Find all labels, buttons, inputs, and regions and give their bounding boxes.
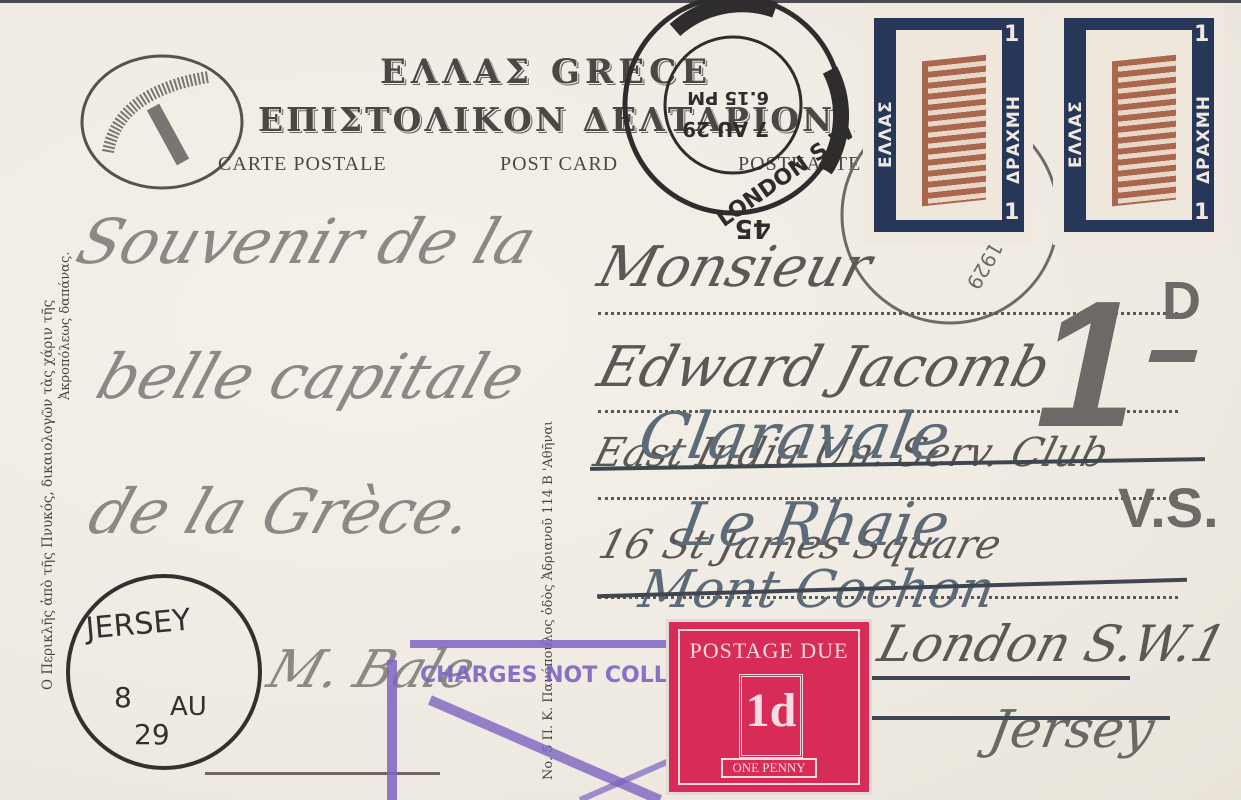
temple-icon [922,55,986,207]
postage-due-stamp: POSTAGE DUE 1d ONE PENNY [669,622,869,792]
stamp-unit: ΔΡΑΧΜΗ [1004,95,1024,184]
forwarding-line-4: Jersey [985,700,1159,760]
postcard: ΕΛΛΑΣ GRECE ΕΠΙΣΤΟΛΙΚΟΝ ΔΕΛΤΑΡΙΟΝ CARTE … [0,0,1241,800]
jersey-day: 8 [114,681,132,714]
postage-due-value: 1d [742,683,800,738]
london-postmark-time: 6.15 PM [687,87,769,108]
due-mark-d: D [1162,270,1201,332]
stamp-unit: ΔΡΑΧΜΗ [1194,95,1214,184]
greek-stamp-2: ΕΛΛΑΣ ΔΡΑΧΜΗ 1 1 [1056,6,1220,242]
greek-cancel-year: 1929 [962,238,1008,294]
label-carte-postale: CARTE POSTALE [218,153,387,176]
address-line-1: Monsieur [591,235,878,300]
message-line-3: de la Grèce. [80,475,483,548]
london-postmark-date: 7 AU 29 [682,117,769,141]
stamp-country: ΕΛΛΑΣ [1066,100,1086,168]
postage-due-title: POSTAGE DUE [669,638,869,664]
stamp-value: 1 [1194,200,1209,225]
message-line-1: Souvenir de la [68,205,545,278]
strike-line [870,716,1170,720]
jersey-year: 29 [134,718,170,751]
stamp-value: 1 [1004,22,1019,47]
greek-stamp-1: ΕΛΛΑΣ ΔΡΑΧΜΗ 1 1 [866,6,1030,242]
london-postmark-icon: 45 7 AU 29 6.15 PM LONDON S.W.1 [615,0,855,240]
message-line-2: belle capitale [88,340,534,413]
label-post-card: POST CARD [500,153,618,176]
jersey-place: JERSEY [82,602,192,646]
caption-line-1: Ο Περικλῆς ἀπὸ τῆς Πνυκός, δικαιολογῶν τ… [40,300,56,690]
stamp-value: 1 [1004,200,1019,225]
jersey-month: AU [170,692,207,722]
address-line-5: London S.W.1 [872,615,1232,673]
due-mark-vs: V.S. [1118,475,1219,540]
address-line-2: Edward Jacomb [591,335,1057,400]
due-mark-dash [1148,350,1197,362]
stamp-value: 1 [1194,22,1209,47]
postage-due-text: ONE PENNY [721,758,817,778]
stamp-country: ΕΛΛΑΣ [876,100,896,168]
temple-icon [1112,55,1176,207]
jersey-postmark-icon: JERSEY 8 AU 29 [62,572,267,772]
forwarding-line-2: Le Rhaie [674,490,955,560]
